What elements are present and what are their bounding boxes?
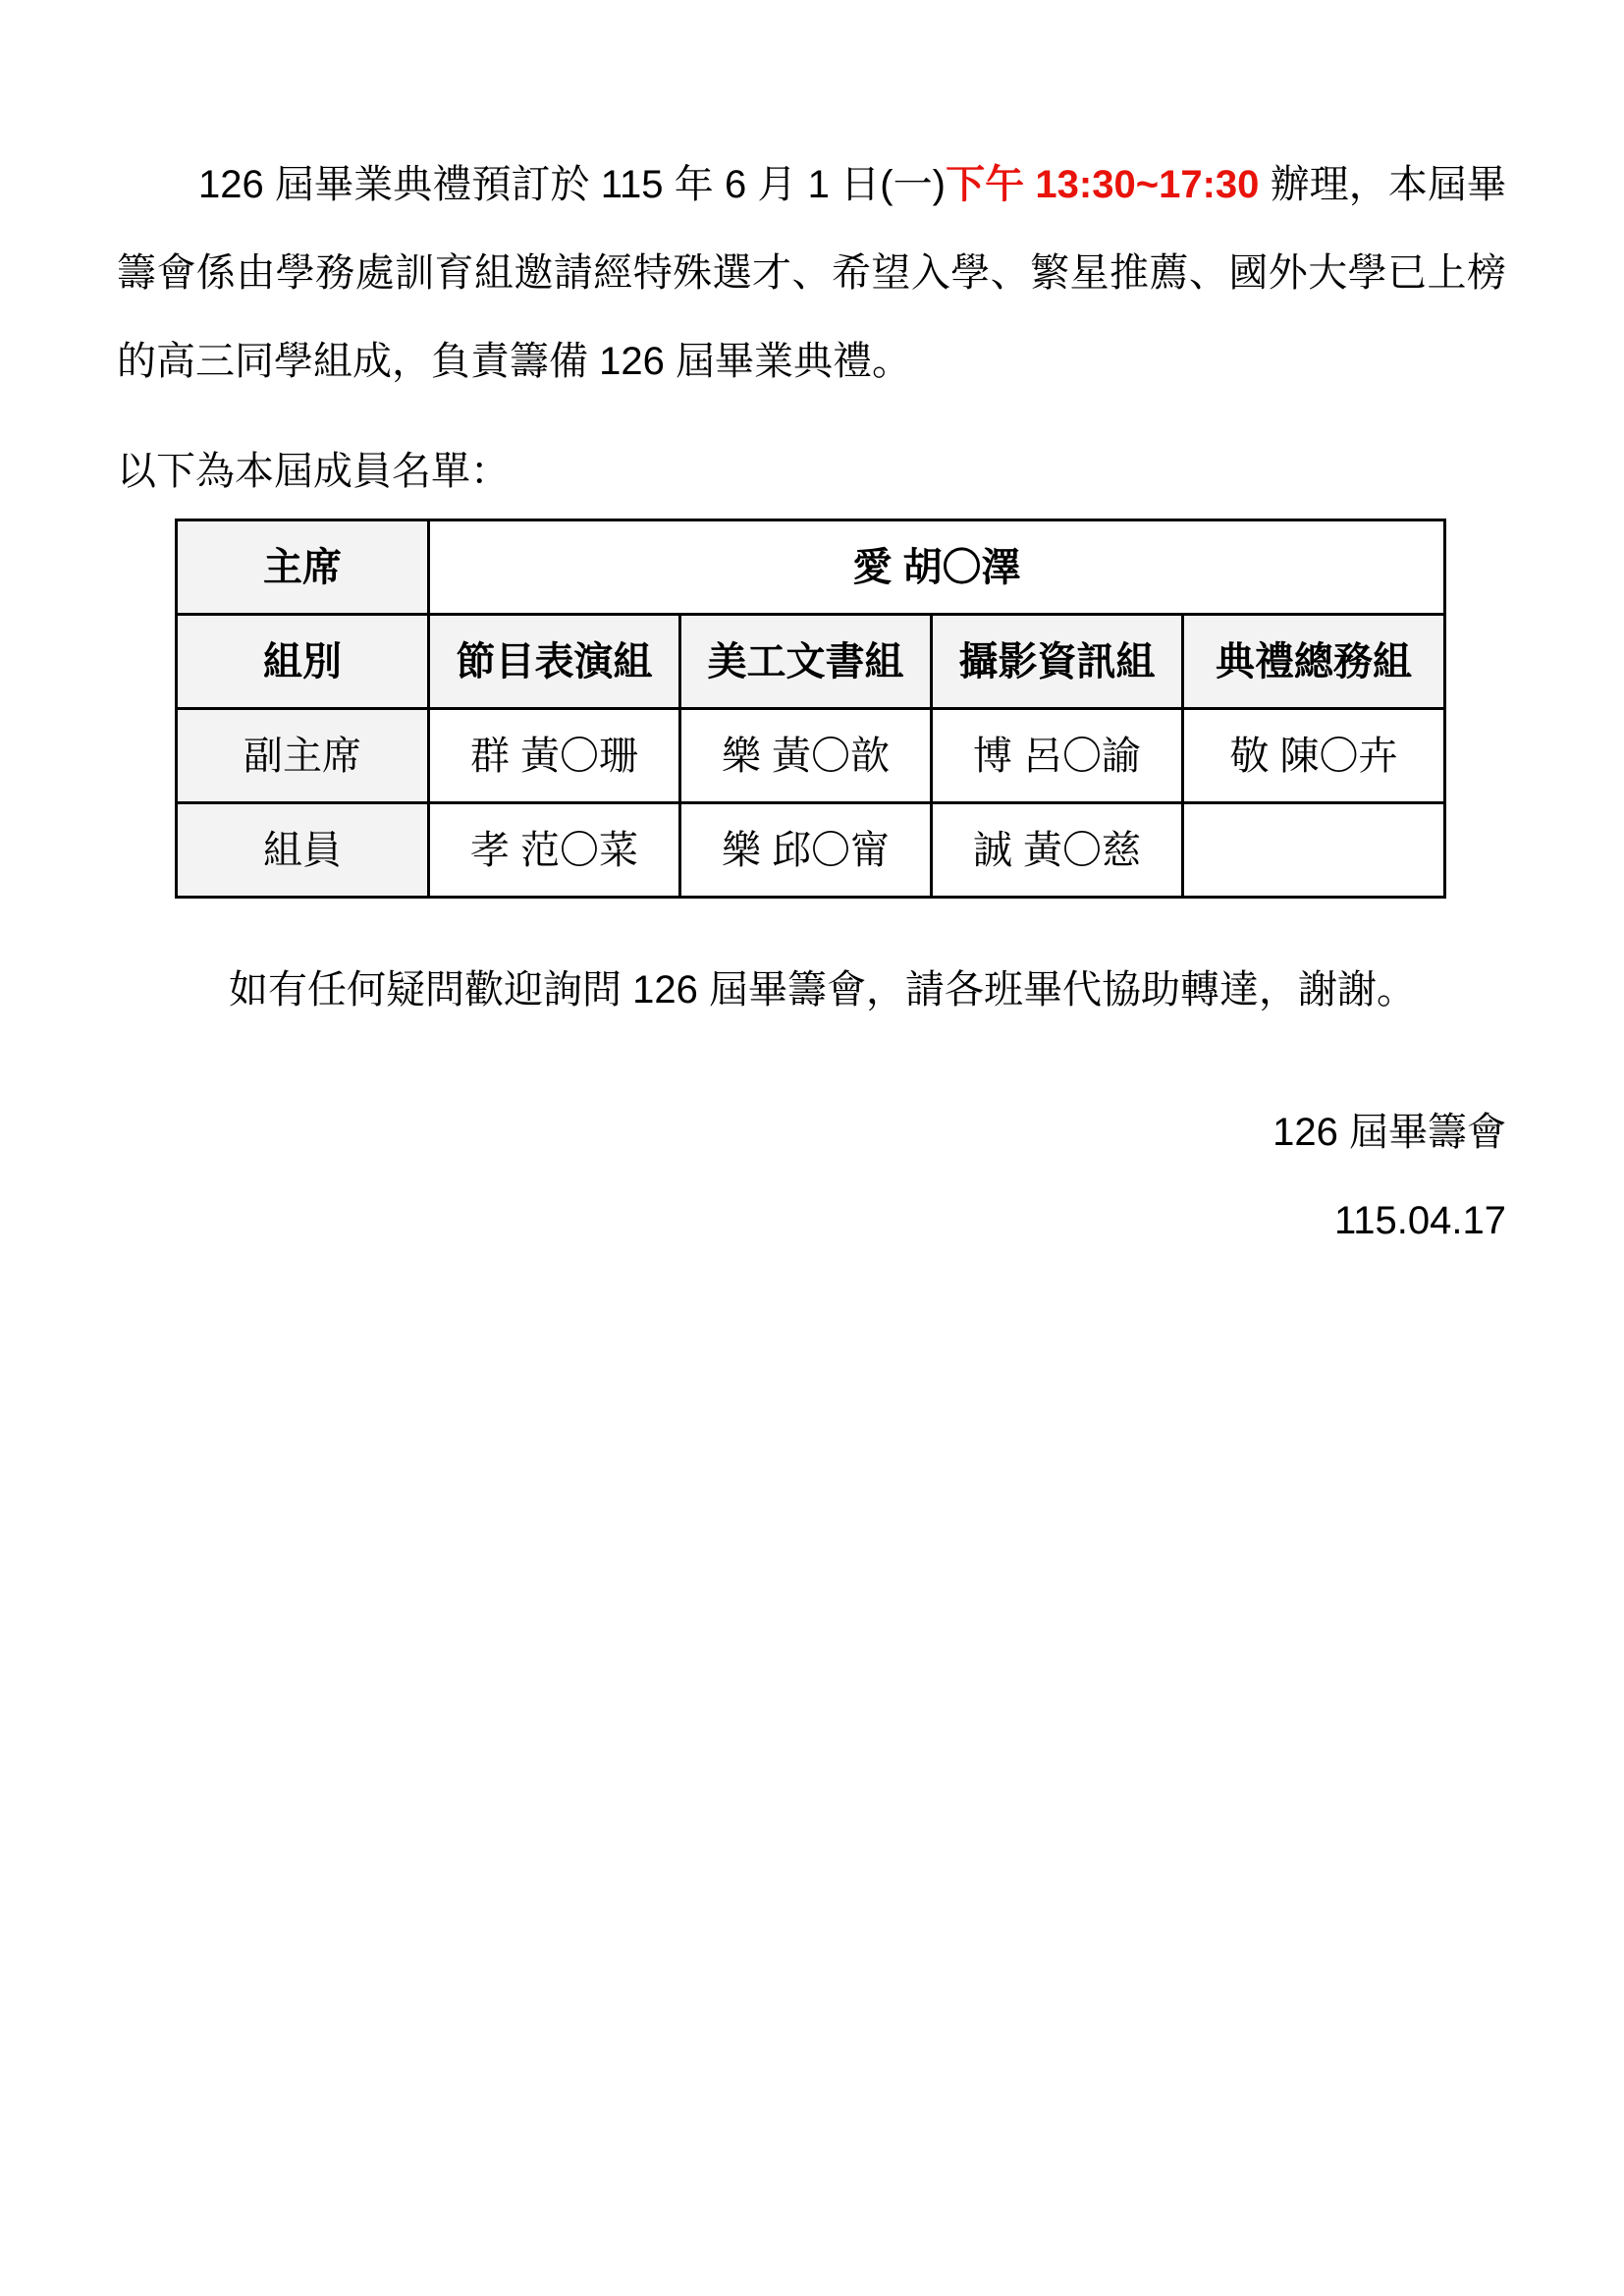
group-header-cell: 節目表演組	[429, 615, 680, 709]
intro-paragraph: 126 屆畢業典禮預訂於 115 年 6 月 1 日(一)下午 13:30~17…	[117, 140, 1506, 406]
document-content: 126 屆畢業典禮預訂於 115 年 6 月 1 日(一)下午 13:30~17…	[0, 0, 1624, 1265]
group-header-cell: 攝影資訊組	[932, 615, 1183, 709]
signature-block: 126 屆畢籌會 115.04.17	[117, 1088, 1506, 1265]
vice-name-cell: 博 呂〇諭	[932, 709, 1183, 803]
roster-heading: 以下為本屆成員名單：	[117, 427, 1506, 516]
table-row-vice-chairs: 副主席 群 黃〇珊 樂 黃〇歆 博 呂〇諭 敬 陳〇卉	[177, 709, 1445, 803]
roster-table: 主席 愛 胡〇澤 組別 節目表演組 美工文書組 攝影資訊組 典禮總務組 副主席 …	[175, 519, 1446, 899]
vice-name-cell: 敬 陳〇卉	[1183, 709, 1445, 803]
signature-line: 126 屆畢籌會	[117, 1088, 1506, 1176]
member-name-cell: 孝 范〇菜	[429, 803, 680, 898]
vice-name-cell: 樂 黃〇歆	[680, 709, 932, 803]
intro-time-highlight: 下午 13:30~17:30	[946, 163, 1259, 206]
table-row-members: 組員 孝 范〇菜 樂 邱〇甯 誠 黃〇慈	[177, 803, 1445, 898]
vice-name-cell: 群 黃〇珊	[429, 709, 680, 803]
chair-label-cell: 主席	[177, 520, 429, 615]
group-header-cell: 典禮總務組	[1183, 615, 1445, 709]
member-name-cell: 誠 黃〇慈	[932, 803, 1183, 898]
vice-label-cell: 副主席	[177, 709, 429, 803]
chair-name-cell: 愛 胡〇澤	[429, 520, 1445, 615]
group-header-cell: 美工文書組	[680, 615, 932, 709]
closing-paragraph: 如有任何疑問歡迎詢問 126 屆畢籌會，請各班畢代協助轉達，謝謝。	[117, 946, 1506, 1034]
intro-text-before: 126 屆畢業典禮預訂於 115 年 6 月 1 日(一)	[198, 163, 946, 206]
date-line: 115.04.17	[117, 1176, 1506, 1265]
table-row-groups: 組別 節目表演組 美工文書組 攝影資訊組 典禮總務組	[177, 615, 1445, 709]
document-page: 126 屆畢業典禮預訂於 115 年 6 月 1 日(一)下午 13:30~17…	[0, 0, 1624, 2296]
member-name-cell	[1183, 803, 1445, 898]
table-row-chair: 主席 愛 胡〇澤	[177, 520, 1445, 615]
member-label-cell: 組員	[177, 803, 429, 898]
member-name-cell: 樂 邱〇甯	[680, 803, 932, 898]
group-label-cell: 組別	[177, 615, 429, 709]
